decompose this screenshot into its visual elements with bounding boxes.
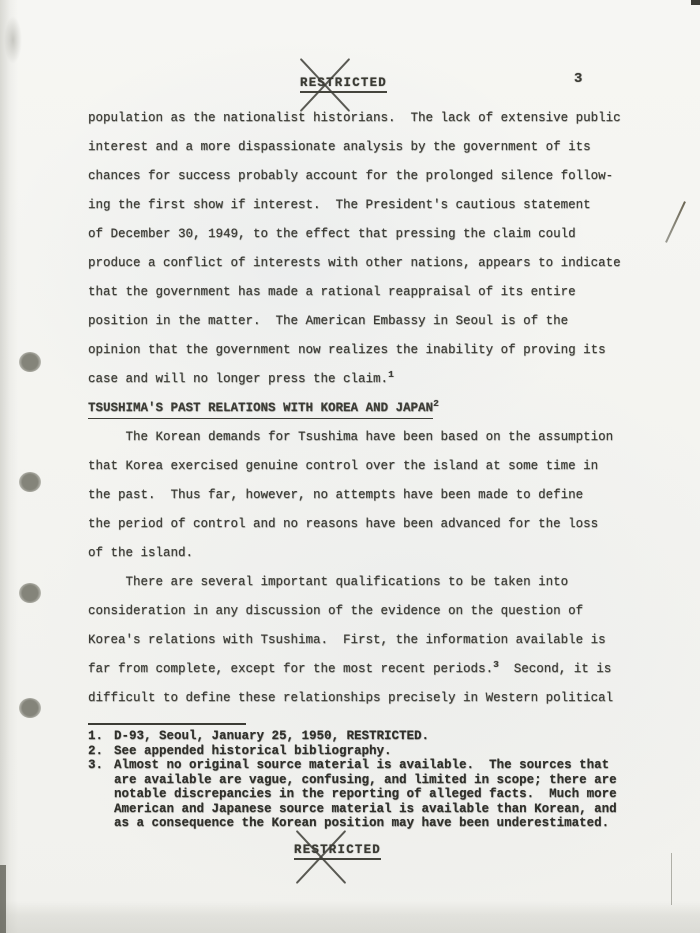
scan-blotch xyxy=(4,16,22,64)
text-line: interest and a more dispassionate analys… xyxy=(88,133,633,162)
text-line: population as the nationalist historians… xyxy=(88,104,633,133)
footnote-1: 1. D-93, Seoul, January 25, 1950, RESTRI… xyxy=(88,729,623,744)
text-line: the past. Thus far, however, no attempts… xyxy=(88,481,633,510)
scan-bottom-left-strip xyxy=(0,865,6,933)
text-line: that Korea exercised genuine control ove… xyxy=(88,452,633,481)
footnote-text: See appended historical bibliography. xyxy=(114,744,392,758)
text-line: case and will no longer press the claim. xyxy=(88,372,388,386)
text-line: produce a conflict of interests with oth… xyxy=(88,249,633,278)
text-line: as a consequence the Korean position may… xyxy=(114,816,623,831)
text-line: ing the first show if interest. The Pres… xyxy=(88,191,633,220)
footnote-number: 2. xyxy=(88,744,114,759)
paragraph-3-last-line: difficult to define these relationships … xyxy=(88,684,633,713)
text-line: of December 30, 1949, to the effect that… xyxy=(88,220,633,249)
text-line: Second, it is xyxy=(499,662,612,676)
paragraph-3-split-line: far from complete, except for the most r… xyxy=(88,655,633,684)
section-heading-text: TSUSHIMA'S PAST RELATIONS WITH KOREA AND… xyxy=(88,398,433,419)
scan-bottom-band xyxy=(0,901,700,933)
text-line: Almost no original source material is av… xyxy=(114,758,623,773)
text-line: consideration in any discussion of the e… xyxy=(88,597,633,626)
scanned-document-page: { "header": { "classification": "RESTRIC… xyxy=(0,0,700,933)
text-line: chances for success probably account for… xyxy=(88,162,633,191)
footnote-divider xyxy=(88,723,246,725)
text-line: opinion that the government now realizes… xyxy=(88,336,633,365)
text-line: that the government has made a rational … xyxy=(88,278,633,307)
footnote-number: 1. xyxy=(88,729,114,744)
footnote-ref-2: 2 xyxy=(433,398,439,409)
hole-punch xyxy=(19,583,41,603)
footnote-number: 3. xyxy=(88,758,114,831)
page-number: 3 xyxy=(574,71,582,87)
text-line: are available are vague, confusing, and … xyxy=(114,773,623,788)
footnote-3: 3. Almost no original source material is… xyxy=(88,758,623,831)
footnote-ref-1: 1 xyxy=(388,369,394,380)
paragraph-3: There are several important qualificatio… xyxy=(88,568,633,655)
footnote-2: 2. See appended historical bibliography. xyxy=(88,744,623,759)
footnotes-section: 1. D-93, Seoul, January 25, 1950, RESTRI… xyxy=(88,723,623,831)
text-line: Korea's relations with Tsushima. First, … xyxy=(88,626,633,655)
hole-punch xyxy=(19,472,41,492)
text-line: There are several important qualificatio… xyxy=(88,568,633,597)
scan-top-right-mark xyxy=(691,0,700,5)
text-line: American and Japanese source material is… xyxy=(114,802,623,817)
paragraph-1: population as the nationalist historians… xyxy=(88,104,633,365)
text-line: the period of control and no reasons hav… xyxy=(88,510,633,539)
footnote-text: D-93, Seoul, January 25, 1950, RESTRICTE… xyxy=(114,729,429,743)
text-line: of the island. xyxy=(88,539,633,568)
text-line: notable discrepancies in the reporting o… xyxy=(114,787,623,802)
paragraph-1-last-line: case and will no longer press the claim.… xyxy=(88,365,633,394)
page-edge-line xyxy=(671,853,672,905)
footnote-text: Almost no original source material is av… xyxy=(114,758,623,831)
hole-punch xyxy=(19,352,41,372)
text-line: The Korean demands for Tsushima have bee… xyxy=(88,423,633,452)
classification-stamp-top: RESTRICTED xyxy=(300,76,387,93)
hole-punch xyxy=(19,698,41,718)
section-heading: TSUSHIMA'S PAST RELATIONS WITH KOREA AND… xyxy=(88,394,633,423)
classification-stamp-bottom: RESTRICTED xyxy=(294,843,381,860)
text-line: far from complete, except for the most r… xyxy=(88,662,493,676)
text-line: position in the matter. The American Emb… xyxy=(88,307,633,336)
document-body: population as the nationalist historians… xyxy=(88,104,633,713)
scan-left-edge-shadow xyxy=(0,0,18,933)
paragraph-2: The Korean demands for Tsushima have bee… xyxy=(88,423,633,568)
